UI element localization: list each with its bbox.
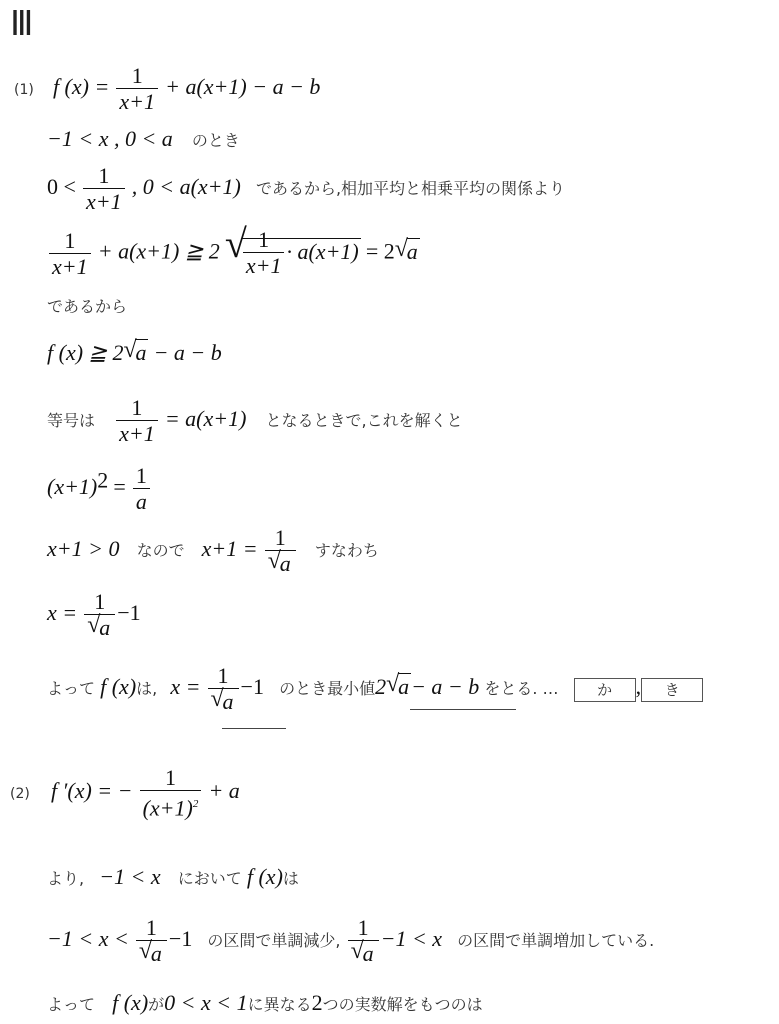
part2-derivative: (2) f ′(x) = − 1(x+1)2 + a — [10, 766, 240, 821]
fraction: 1(x+1)2 — [140, 766, 202, 821]
math-text: − a − b — [411, 674, 479, 699]
math-text: f (x) = — [53, 74, 109, 99]
math-text: , 0 < a(x+1) — [132, 174, 241, 199]
square-root: √1x+1· a(x+1) — [225, 228, 361, 279]
math-text: −1 < x < — [47, 926, 129, 951]
math-text: = 2 — [366, 239, 395, 264]
math-text: 2 — [312, 990, 323, 1015]
math-text: −1 — [241, 674, 264, 699]
math-text: x = — [47, 600, 77, 625]
math-text: + a(x+1) ≧ 2 — [98, 239, 220, 264]
fraction: 1√a — [84, 590, 115, 641]
text: において — [178, 869, 242, 888]
text: より, — [47, 869, 84, 888]
text: よって — [47, 679, 95, 698]
condition-line: −1 < x , 0 < a のとき — [47, 126, 240, 152]
math-text: 0 < x < 1 — [164, 990, 247, 1015]
underline-min-answer — [410, 709, 516, 710]
math-text: −1 < x — [99, 864, 160, 889]
math-text: 0 < — [47, 174, 76, 199]
math-text: −1 — [169, 926, 192, 951]
square-root: √a — [386, 674, 411, 700]
underline-x-answer — [222, 728, 286, 729]
fraction: 1√a — [265, 526, 296, 577]
fraction: 1√a — [136, 916, 167, 967]
text: 等号は — [47, 411, 95, 430]
therefore-text: であるから — [47, 294, 127, 317]
math-text: x+1 > 0 — [47, 536, 119, 561]
square-root: √a — [123, 340, 148, 366]
conclusion-line: よって f (x)は, x = 1√a−1 のとき最小値2√a− a − b を… — [47, 664, 703, 715]
math-text: + a(x+1) − a − b — [165, 74, 320, 99]
final-line: よって f (x)が0 < x < 1に異なる2つの実数解をもつのは — [47, 990, 483, 1016]
text: なので — [137, 541, 185, 560]
text: は — [283, 869, 299, 888]
amgm-line: 1x+1 + a(x+1) ≧ 2 √1x+1· a(x+1) = 2√a — [47, 228, 420, 280]
text: のとき — [192, 131, 240, 150]
math-text: x = — [170, 674, 200, 699]
math-text: 2 — [375, 674, 386, 699]
math-text: = — [113, 474, 125, 499]
answer-box-ka[interactable]: か — [574, 678, 636, 702]
math-text: − a − b — [154, 340, 222, 365]
positivity-line: 0 < 1x+1 , 0 < a(x+1) であるから,相加平均と相乗平均の関係… — [47, 164, 565, 215]
part1-label: (1) — [14, 82, 34, 98]
text: となるときで,これを解くと — [266, 411, 463, 430]
since-line: より, −1 < x において f (x)は — [47, 864, 299, 890]
text: に異なる — [248, 995, 312, 1014]
squared-line: (x+1)2 = 1a — [47, 464, 152, 515]
text: をとる. … — [484, 679, 558, 698]
math-text: f (x) — [100, 674, 136, 699]
fraction: 1x+1 — [116, 396, 158, 447]
part1-definition: (1) f (x) = 1x+1 + a(x+1) − a − b — [14, 64, 320, 115]
math-text: = a(x+1) — [165, 406, 247, 431]
inequality-line: f (x) ≧ 2√a − a − b — [47, 340, 222, 366]
positive-line: x+1 > 0 なので x+1 = 1√a すなわち — [47, 526, 379, 577]
math-text: f (x) ≧ 2 — [47, 340, 123, 365]
solution-line: x = 1√a−1 — [47, 590, 141, 641]
fraction: 1x+1 — [83, 164, 125, 215]
part2-label: (2) — [10, 786, 30, 802]
text: すなわち — [315, 541, 379, 560]
text: であるから,相加平均と相乗平均の関係より — [256, 179, 565, 198]
text: のとき最小値 — [279, 679, 375, 698]
math-text: + a — [208, 778, 239, 803]
section-numeral: Ⅲ — [10, 4, 33, 44]
text: は, — [136, 679, 157, 698]
fraction: 1√a — [208, 664, 239, 715]
fraction: 1a — [133, 464, 150, 515]
text: が — [148, 995, 164, 1014]
monotone-line: −1 < x < 1√a−1 の区間で単調減少, 1√a−1 < x の区間で単… — [47, 916, 654, 967]
text: よって — [47, 995, 95, 1014]
text: の区間で単調減少, — [207, 931, 340, 950]
equality-line: 等号は 1x+1 = a(x+1) となるときで,これを解くと — [47, 396, 463, 447]
math-text: −1 < x — [381, 926, 442, 951]
math-text: f (x) — [247, 864, 283, 889]
fraction: 1x+1 — [49, 229, 91, 280]
answer-box-ki[interactable]: き — [641, 678, 703, 702]
fraction: 1√a — [348, 916, 379, 967]
square-root: √a — [395, 239, 420, 265]
math-text: f ′(x) = − — [51, 778, 133, 803]
fraction: 1x+1 — [116, 64, 158, 115]
math-text: −1 — [117, 600, 140, 625]
math-text: (x+1) — [47, 474, 97, 499]
math-text: f (x) — [112, 990, 148, 1015]
text: つの実数解をもつのは — [323, 995, 483, 1014]
math-text: −1 < x , 0 < a — [47, 126, 173, 151]
math-text: x+1 = — [202, 536, 258, 561]
exponent: 2 — [97, 468, 108, 493]
text: の区間で単調増加している. — [457, 931, 654, 950]
